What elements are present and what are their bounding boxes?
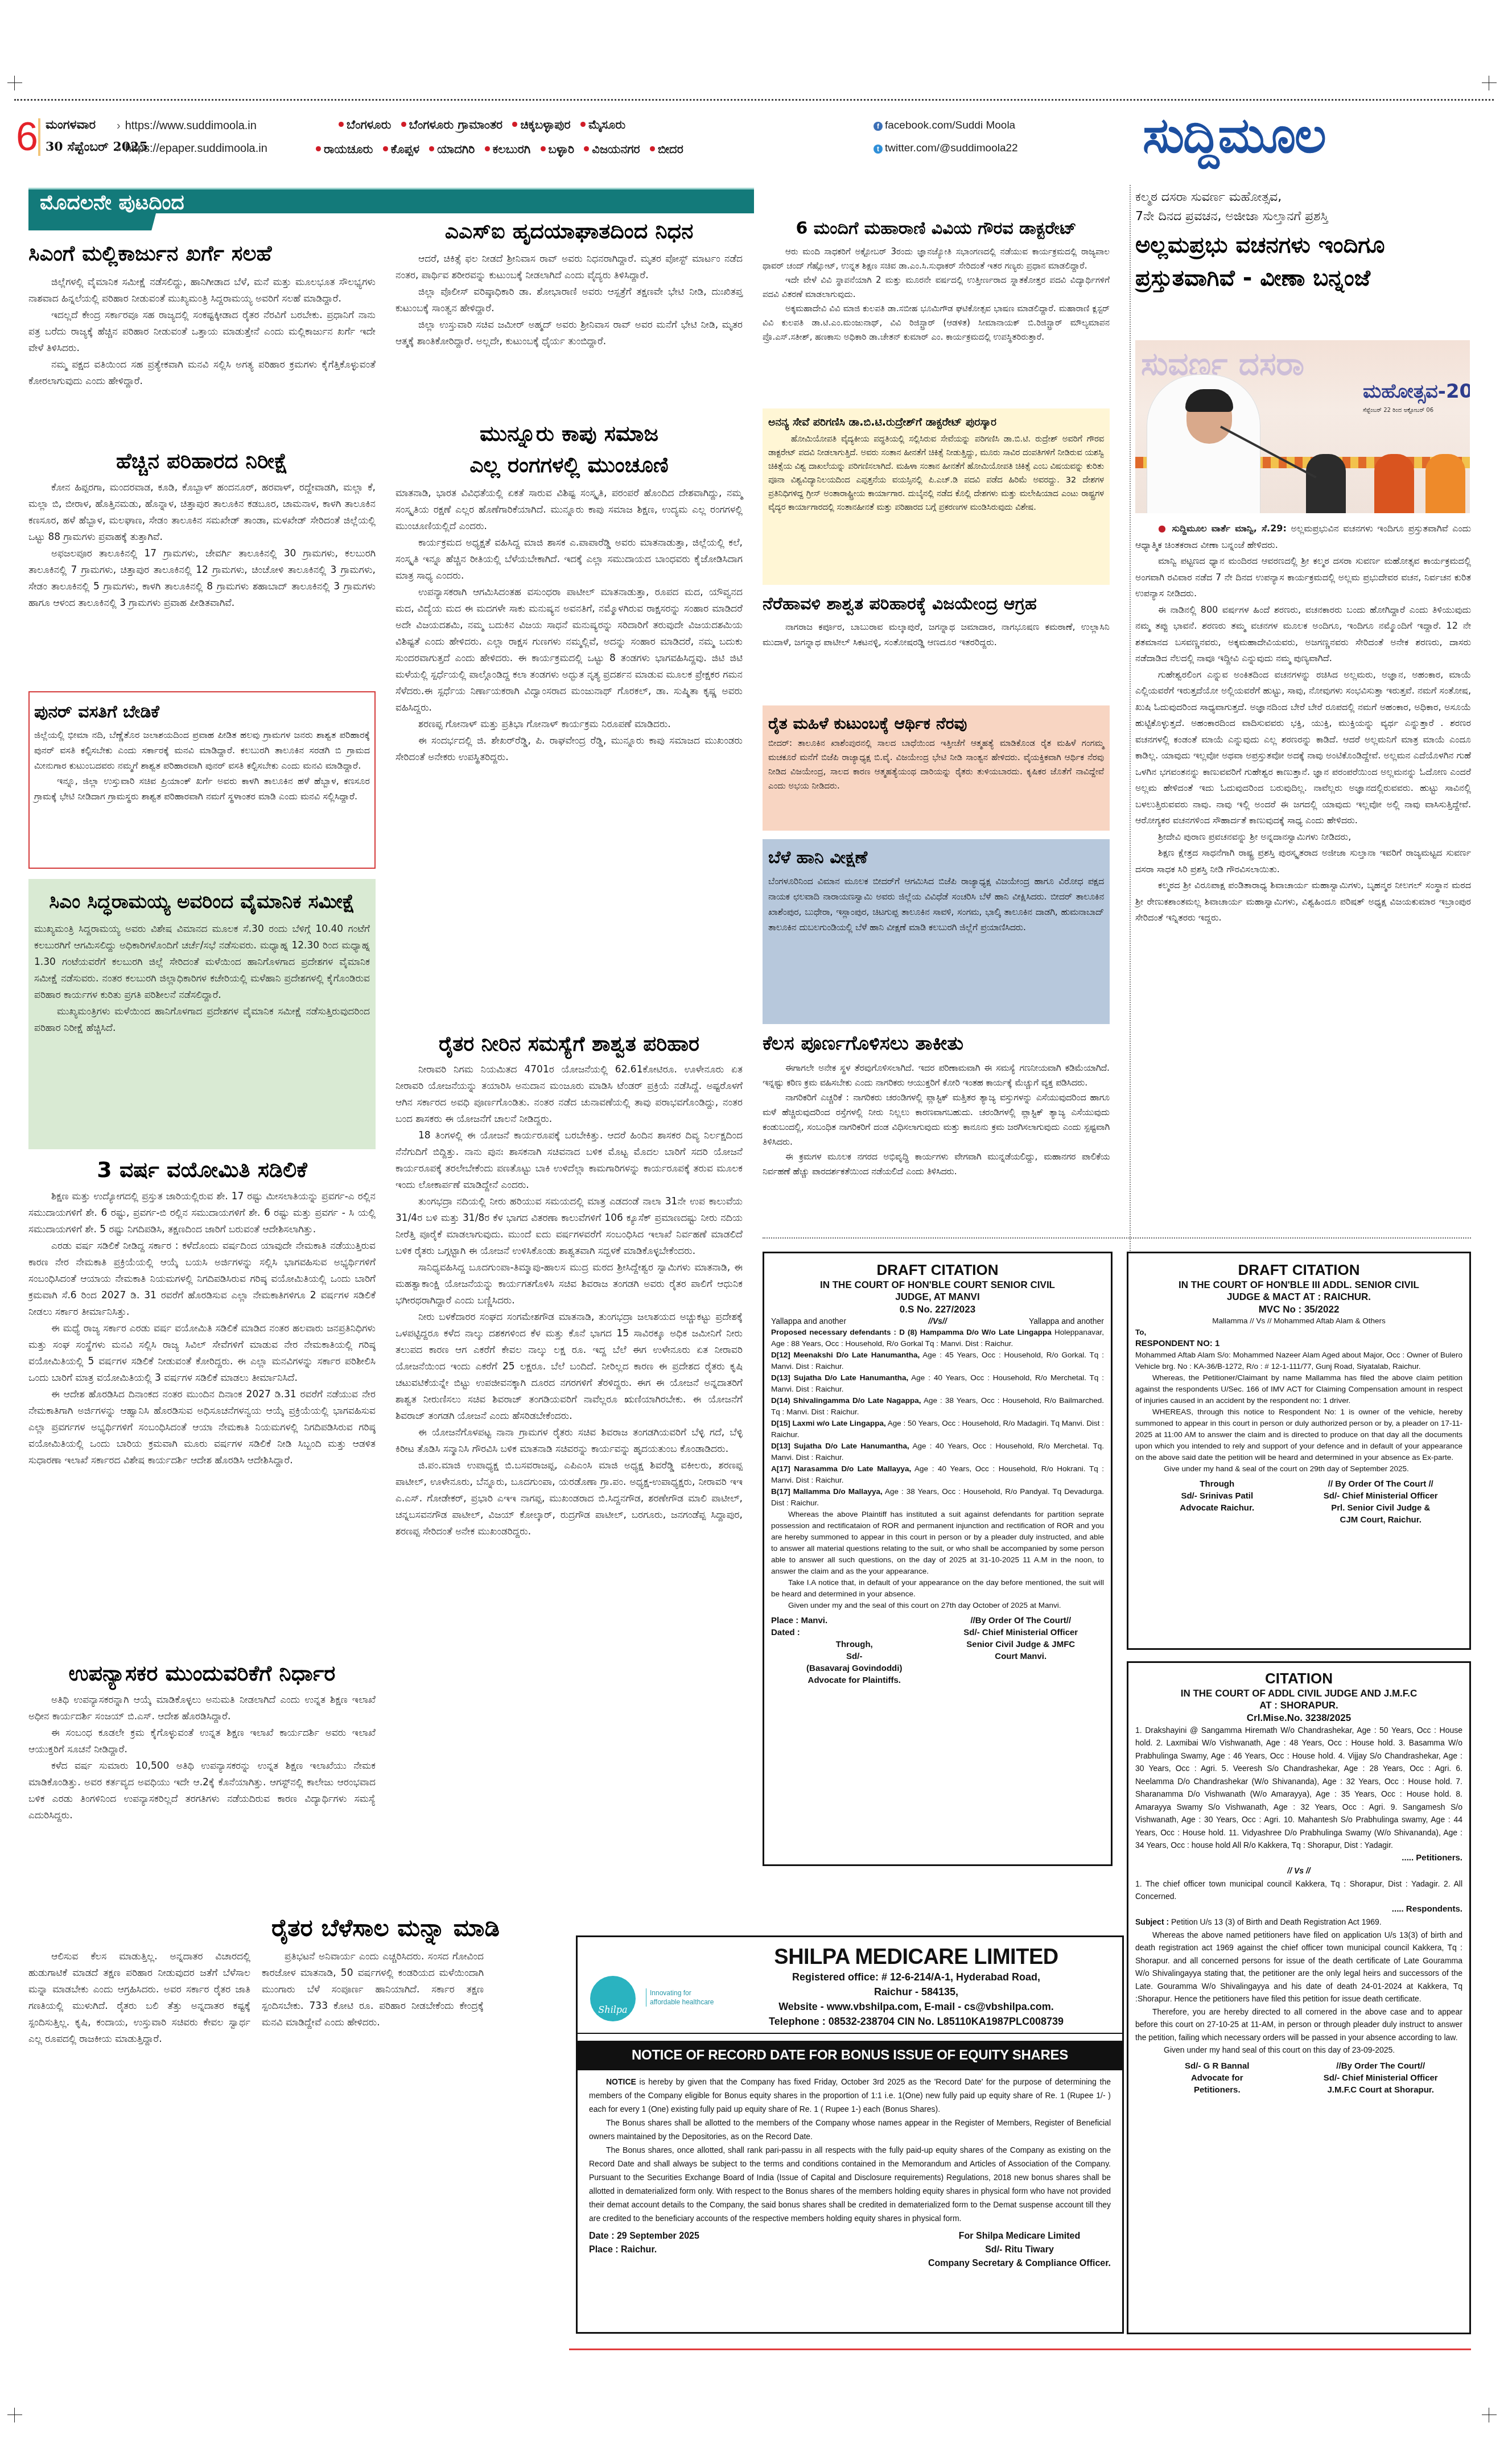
facebook-link[interactable]: ffacebook.com/Suddi Moola bbox=[874, 119, 1015, 132]
paragraph: ಉಪನ್ಯಾಸಕರಾಗಿ ಆಗಮಿಸಿದಂತಹ ವಸುಂಧರಾ ಪಾಟೀಲ್ ಮ… bbox=[395, 584, 743, 716]
court-name: IN THE COURT OF HON'BLE III ADDL. SENIOR… bbox=[1128, 1279, 1469, 1291]
district-kalaburagi[interactable]: ಕಲಬುರಗಿ bbox=[493, 142, 531, 156]
paragraph: ಅತಿಥಿ ಉಪನ್ಯಾಸಕರನ್ನಾಗಿ ಆಯ್ಕೆ ಮಾಡಿಕೊಳ್ಳಲು … bbox=[28, 1692, 376, 1725]
defendant-name: D(14) Shivalingamma D/o Late Nagappa, bbox=[771, 1396, 921, 1405]
paragraph: ಮುಖ್ಯಮಂತ್ರಿಗಳು ಮಳೆಯಿಂದ ಹಾನಿಗೊಳಗಾದ ಪ್ರದೇಶ… bbox=[34, 1004, 370, 1037]
headline: ರೈತರ ನೀರಿನ ಸಮಸ್ಯೆಗೆ ಶಾಶ್ವತ ಪರಿಹಾರ bbox=[395, 1033, 743, 1056]
bottom-red-rule bbox=[569, 2349, 1471, 2350]
article-compensation: ಹೆಚ್ಚಿನ ಪರಿಹಾರದ ನಿರೀಕ್ಷೆ ಕೋನ ಹಿಪ್ಪರಗಾ, ಮ… bbox=[28, 449, 376, 612]
paragraph: ಪ್ರತಿಭಟನೆ ಅನಿವಾರ್ಯ ಎಂದು ಎಚ್ಚರಿಸಿದರು. ಸಂಸ… bbox=[262, 1949, 484, 2031]
paragraph: ಕಲ್ಮಠದ ಶ್ರೀ ವಿರೂಪಾಕ್ಷ ಪಂಡಿತಾರಾಧ್ಯ ಶಿವಾಚಾ… bbox=[1135, 877, 1471, 926]
defendant-name: D[15] Laxmi w/o Late Lingappa, bbox=[771, 1419, 886, 1427]
paragraph: ಜಿ.ಪಂ.ಮಾಜಿ ಉಪಾಧ್ಯಕ್ಷ ಬಿ.ಬಸವರಾಜಪ್ಪ, ಎಪಿಎಂ… bbox=[395, 1458, 743, 1540]
headline: ಬೆಳೆ ಹಾನಿ ವೀಕ್ಷಣೆ bbox=[768, 848, 1104, 868]
crop-mark-top-left bbox=[7, 76, 22, 90]
advocate-role: Advocate for bbox=[1135, 2072, 1299, 2084]
paragraph: ಆದರೆ, ಚಿಕಿತ್ಸೆ ಫಲ ನೀಡದೆ ಶ್ರೀನಿವಾಸ ರಾವ್ ಅ… bbox=[395, 251, 743, 284]
paragraph: ಬೀದರ್: ತಾಲೂಕಿನ ಖಾಶೆಂಪುರನಲ್ಲಿ ಸಾಲದ ಬಾಧೆಯಿ… bbox=[768, 736, 1104, 793]
paragraph: ನಾಗರಿಕರಿಗೆ ಎಚ್ಚರಿಕೆ : ನಾಗರಿಕರು ಚರಂಡಿಗಳಲ್… bbox=[763, 1090, 1110, 1149]
district-raichur[interactable]: ರಾಯಚೂರು bbox=[324, 142, 373, 156]
column-rule bbox=[1130, 185, 1131, 1306]
crop-mark-bottom-left bbox=[7, 2408, 22, 2422]
paragraph: ಈ ಸಂದರ್ಭದಲ್ಲಿ ಜಿ. ಶೇಖರ್‌ರೆಡ್ಡಿ, ಪಿ. ರಾಘವ… bbox=[395, 733, 743, 766]
district-list-row-2: ರಾಯಚೂರು ಕೊಪ್ಪಳ ಯಾದಗಿರಿ ಕಲಬುರಗಿ ಬಳ್ಳಾರಿ ವ… bbox=[310, 142, 683, 156]
speaker-figure bbox=[1147, 374, 1260, 513]
signatory-role: Company Secretary & Compliance Officer. bbox=[928, 2257, 1111, 2271]
photo-festival-text: ಮಹೋತ್ಸವ-20 bbox=[1363, 380, 1470, 403]
article-irrigation: ರೈತರ ನೀರಿನ ಸಮಸ್ಯೆಗೆ ಶಾಶ್ವತ ಪರಿಹಾರ ನೀರಾವರ… bbox=[395, 1033, 743, 1540]
paragraph: ಈ ನಾಡಿನಲ್ಲಿ 800 ವರ್ಷಗಳ ಹಿಂದೆ ಶರಣರು, ವಚನಕ… bbox=[1135, 602, 1471, 667]
headline: ಎಎಸ್‌ಐ ಹೃದಯಾಘಾತದಿಂದ ನಿಧನ bbox=[395, 219, 743, 244]
district-chikkaballapur[interactable]: ಚಿಕ್ಕಬಳ್ಳಾಪುರ bbox=[520, 118, 570, 131]
ad-title: CITATION bbox=[1128, 1670, 1469, 1687]
kicker-line-2: 7ನೇ ದಿನದ ಪ್ರವಚನ, ಅಜೀಜಾ ಸುಲ್ತಾನಗೆ ಪ್ರಶಸ್ತ… bbox=[1135, 207, 1471, 226]
bullet-icon bbox=[316, 146, 321, 151]
article-munnuru-kapu: ಮುನ್ನೂರು ಕಾಪು ಸಮಾಜ ಎಲ್ಲ ರಂಗಗಳಲ್ಲಿ ಮುಂಚೂಣ… bbox=[395, 418, 743, 766]
article-lecturers: ಉಪನ್ಯಾಸಕರ ಮುಂದುವರಿಕೆಗೆ ನಿರ್ಧಾರ ಅತಿಥಿ ಉಪನ… bbox=[28, 1661, 376, 1824]
case-number: Crl.Mise.No. 3238/2025 bbox=[1128, 1712, 1469, 1724]
chevron-right-icon: › bbox=[117, 119, 121, 132]
ad-citation-shorapur: CITATION IN THE COURT OF ADDL CIVIL JUDG… bbox=[1127, 1661, 1471, 2334]
ad-title: DRAFT CITATION bbox=[764, 1261, 1111, 1279]
paragraph: ಸಾನಿಧ್ಯವಹಿಸಿದ್ದ ಬೂದಗುಂಪಾ-ತಿಮ್ಮಾಪು-ಹಾಲಸ ಮ… bbox=[395, 1260, 743, 1309]
paragraph: ತುಂಗಭದ್ರಾ ನದಿಯಲ್ಲಿ ನೀರು ಹರಿಯುವ ಸಮಯದಲ್ಲಿ … bbox=[395, 1194, 743, 1260]
shilpa-logo: Shilpa Innovating foraffordable healthca… bbox=[590, 1953, 658, 2021]
shilpa-logo-mark: Shilpa bbox=[590, 1976, 636, 2021]
article-cm-aerial-survey: ಸಿಎಂ ಸಿದ್ಧರಾಮಯ್ಯ ಅವರಿಂದ ವೈಮಾನಿಕ ಸಮೀಕ್ಷೆ … bbox=[28, 879, 376, 1149]
ad-title: DRAFT CITATION bbox=[1128, 1261, 1469, 1279]
paragraph: 18 ತಿಂಗಳಲ್ಲಿ ಈ ಯೋಜನೆ ಕಾರ್ಯರೂಪಕ್ಕೆ ಬರಬೇಕಿ… bbox=[395, 1128, 743, 1194]
company-address-1: Registered office: # 12-6-214/A-1, Hyder… bbox=[720, 1970, 1113, 1984]
headline: ಪುನರ್ ವಸತಿಗೆ ಬೇಡಿಕೆ bbox=[34, 703, 370, 723]
paragraph: ಶಿಕ್ಷಣ ಕ್ಷೇತ್ರದ ಸಾಧನೆಗಾಗಿ ರಾಷ್ಟ್ರ ಪ್ರಶಸ್… bbox=[1135, 845, 1471, 877]
article-flood-relief: ನೆರೆಹಾವಳಿ ಶಾಶ್ವತ ಪರಿಹಾರಕ್ಕೆ ವಿಜಯೇಂದ್ರ ಆಗ… bbox=[763, 595, 1110, 650]
advocate-name: Sd/- Srinivas Patil bbox=[1135, 1490, 1299, 1502]
website-link[interactable]: ›https://www.suddimoola.in bbox=[117, 119, 257, 133]
section-banner-title: ಮೊದಲನೇ ಪುಟದಿಂದ bbox=[40, 191, 184, 215]
notice-body: The Bonus shares, once allotted, shall r… bbox=[589, 2143, 1111, 2225]
twitter-handle: twitter.com/@suddimoola22 bbox=[885, 142, 1018, 154]
defendant-name: D[13] Sujatha D/o Late Hanumantha, bbox=[771, 1442, 909, 1450]
headline: 3 ವರ್ಷ ವಯೋಮಿತಿ ಸಡಿಲಿಕೆ bbox=[28, 1158, 376, 1183]
bullet-icon bbox=[429, 146, 434, 151]
subject-label: Subject : bbox=[1135, 1917, 1169, 1926]
ad-shilpa-medicare: Shilpa Innovating foraffordable healthca… bbox=[576, 1935, 1124, 2334]
citation-body: Whereas the above named petitioners have… bbox=[1135, 1929, 1462, 2005]
article-rudresh-doctorate: ಅನನ್ಯ ಸೇವೆ ಪರಿಗಣಿಸಿ ಡಾ.ಬಿ.ಟಿ.ರುದ್ರೇಶ್‌ಗೆ… bbox=[763, 408, 1110, 585]
paragraph: ಇದಲ್ಲದೆ ಕೇಂದ್ರ ಸರ್ಕಾರವೂ ಸಹ ರಾಜ್ಯದಲ್ಲಿ ಸಂ… bbox=[28, 307, 376, 357]
citation-body: WHEREAS, through this notice to Responde… bbox=[1135, 1406, 1462, 1463]
district-bengaluru-rural[interactable]: ಬೆಂಗಳೂರು ಗ್ರಾಮಾಂತರ bbox=[409, 118, 502, 131]
article-doctorate: 6 ಮಂದಿಗೆ ಮಹಾರಾಣಿ ವಿವಿಯ ಗೌರವ ಡಾಕ್ಟರೇಟ್ ಆರ… bbox=[763, 219, 1110, 344]
advocate-for: Petitioners. bbox=[1135, 2084, 1299, 2096]
through: Through, bbox=[771, 1638, 938, 1650]
chevron-right-icon: › bbox=[117, 142, 121, 155]
paragraph: ಅಕ್ಕಮಹಾದೇವಿ ವಿವಿ ಮಾಜಿ ಕುಲಪತಿ ಡಾ.ಸಬೀಹ ಭೂಮ… bbox=[763, 302, 1110, 344]
twitter-icon: t bbox=[874, 145, 883, 154]
paragraph: ನಾಗರಾಜ ಕರ್ಪೂರ, ಬಾಬುರಾವ ಮಲ್ಕಾಪುರೆ, ಜಗನ್ನಾ… bbox=[763, 619, 1110, 650]
bullet-icon bbox=[512, 122, 517, 127]
court-name: IN THE COURT OF HON'BLE COURT SENIOR CIV… bbox=[764, 1279, 1111, 1291]
officer: Sd/- Chief Ministerial Officer bbox=[938, 1627, 1105, 1638]
seated-guest bbox=[1425, 454, 1465, 513]
paragraph: ಗುಹೇಶ್ವರಲಿಂಗ ಎನ್ನುವ ಅಂಕಿತದಿಂದ ವಚನಗಳನ್ನು … bbox=[1135, 667, 1471, 829]
bullet-icon bbox=[339, 122, 344, 127]
court-title: Senior Civil Judge & JMFC bbox=[938, 1638, 1105, 1650]
defendant: Yallappa and another bbox=[1029, 1315, 1104, 1327]
paragraph: ಶರಣಪ್ಪ ಗೋನಾಳ್ ಮತ್ತು ಪ್ರತಿಭಾ ಗೋನಾಳ್ ಕಾರ್ಯ… bbox=[395, 716, 743, 733]
officer: Sd/- Chief Ministerial Officer bbox=[1299, 1490, 1463, 1502]
defendant-name: A[17] Narasamma D/o Late Mallayya, bbox=[771, 1464, 911, 1473]
court-order: // By Order Of The Court // bbox=[1299, 1478, 1463, 1490]
district-yadgir[interactable]: ಯಾದಗಿರಿ bbox=[437, 142, 475, 156]
court-place: Court Manvi. bbox=[938, 1650, 1105, 1662]
paragraph: ಜಿಲ್ಲೆಯಲ್ಲಿ ಭೀಮಾ ನದಿ, ಬೆಣ್ಣೆತೊರ ಜಲಾಶಯದಿಂ… bbox=[34, 727, 370, 773]
article-crop-loss-inspection: ಬೆಳೆ ಹಾನಿ ವೀಕ್ಷಣೆ ಬೆಂಗಳೂರಿನಿಂದ ವಿಮಾನ ಮೂಲ… bbox=[763, 839, 1110, 1024]
event-photo: ಸುವರ್ಣ ದಸರಾ ಮಹೋತ್ಸವ-20 ಸೆಪ್ಟೆಂಬರ್ 22 ರಿಂ… bbox=[1135, 340, 1470, 513]
epaper-url: https://epaper.suddimoola.in bbox=[125, 142, 267, 155]
notice-body: The Bonus shares shall be allotted to th… bbox=[589, 2116, 1111, 2143]
district-vijayanagara[interactable]: ವಿಜಯನಗರ bbox=[592, 142, 640, 156]
paragraph: ಜಿಲ್ಲಾ ಉಸ್ತುವಾರಿ ಸಚಿವ ಜಮೀರ್ ಅಹ್ಮದ್ ಅವರು … bbox=[395, 317, 743, 350]
citation-body: Whereas, the Petitioner/Claimant by name… bbox=[1135, 1372, 1462, 1406]
through: Through bbox=[1135, 1478, 1299, 1490]
citation-given: Given under my and the seal of this cour… bbox=[771, 1600, 1104, 1611]
twitter-link[interactable]: ttwitter.com/@suddimoola22 bbox=[874, 142, 1018, 155]
paragraph: ಮುಖ್ಯಮಂತ್ರಿ ಸಿದ್ದರಾಮಯ್ಯ ಅವರು ವಿಶೇಷ ವಿಮಾನ… bbox=[34, 921, 370, 1004]
company-phone-cin: Telephone : 08532-238704 CIN No. L85110K… bbox=[720, 2014, 1113, 2029]
dateline-bullet-icon: ● bbox=[1158, 523, 1172, 534]
citation-body: Whereas the above Plaintiff has institut… bbox=[771, 1509, 1104, 1577]
masthead: 6 ಮಂಗಳವಾರ 30 ಸೆಪ್ಟೆಂಬರ್ 2025 ›https://ww… bbox=[14, 111, 1494, 174]
bullet-icon bbox=[383, 146, 388, 151]
district-koppal[interactable]: ಕೊಪ್ಪಳ bbox=[391, 142, 419, 156]
headline: ಸಿಎಂ ಸಿದ್ಧರಾಮಯ್ಯ ಅವರಿಂದ ವೈಮಾನಿಕ ಸಮೀಕ್ಷೆ bbox=[34, 889, 370, 915]
paragraph: ಜಿಲ್ಲೆಗಳಲ್ಲಿ ವೈಮಾನಿಕ ಸಮೀಕ್ಷೆ ನಡೆಸಲಿದ್ದು,… bbox=[28, 274, 376, 307]
headline: 6 ಮಂದಿಗೆ ಮಹಾರಾಣಿ ವಿವಿಯ ಗೌರವ ಡಾಕ್ಟರೇಟ್ bbox=[763, 219, 1110, 239]
petitioners-list: 1. Drakshayini @ Sangamma Hiremath W/o C… bbox=[1135, 1724, 1462, 1852]
parties: Mallamma // Vs // Mohammed Aftab Alam & … bbox=[1128, 1315, 1469, 1327]
top-dotted-rule bbox=[14, 99, 1494, 101]
citation-given: Given under my hand seal of this court o… bbox=[1135, 2044, 1462, 2057]
respondent-detail: Mohammed Aftab Alam S/o: Mohammed Nazeer… bbox=[1135, 1349, 1462, 1372]
headline: ರೈತ ಮಹಿಳೆ ಕುಟುಂಬಕ್ಕೆ ಆರ್ಥಿಕ ನೆರವು bbox=[768, 715, 1104, 733]
signature: Sd/- bbox=[771, 1650, 938, 1662]
ad-draft-citation-raichur: DRAFT CITATION IN THE COURT OF HON'BLE I… bbox=[1127, 1252, 1471, 1650]
district-list-row-1: ಬೆಂಗಳೂರು ಬೆಂಗಳೂರು ಗ್ರಾಮಾಂತರ ಚಿಕ್ಕಬಳ್ಳಾಪು… bbox=[333, 118, 625, 132]
article-asi-death: ಎಎಸ್‌ಐ ಹೃದಯಾಘಾತದಿಂದ ನಿಧನ ಆದರೆ, ಚಿಕಿತ್ಸೆ … bbox=[395, 219, 743, 350]
court-order: //By Order The Court// bbox=[1299, 2060, 1463, 2072]
paragraph: ಕೋನ ಹಿಪ್ಪರಗಾ, ಮಂದರವಾಡ, ಕೂಡಿ, ಕೊಬ್ಬಾಳ್ ಹಂ… bbox=[28, 480, 376, 546]
article-kharge: ಸಿಎಂಗೆ ಮಲ್ಲಿಕಾರ್ಜುನ ಖರ್ಗೆ ಸಲಹೆ ಜಿಲ್ಲೆಗಳಲ… bbox=[28, 242, 376, 390]
paragraph: ಈಗಾಗಲೇ ಅನೇಕ ಸ್ಥಳ ತೆರವುಗೊಳಿಸಲಾಗಿದೆ. ಇದರ ಪ… bbox=[763, 1060, 1110, 1090]
paragraph: ಆಲಿಸುವ ಕೆಲಸ ಮಾಡುತ್ತಿಲ್ಲ. ಅನ್ನದಾತರ ವಿಚಾರದ… bbox=[28, 1949, 250, 2048]
paragraph: ಹೋಮಿಯೋಪತಿ ವೈದ್ಯಕೀಯ ಪದ್ಧತಿಯಲ್ಲಿ ಸಲ್ಲಿಸಿರು… bbox=[768, 432, 1104, 514]
paragraph: ಈ ಸಂಬಂಧ ಕೂಡಲೇ ಕ್ರಮ ಕೈಗೊಳ್ಳುವಂತೆ ಉನ್ನತ ಶಿ… bbox=[28, 1725, 376, 1758]
district-ballari[interactable]: ಬಳ್ಳಾರಿ bbox=[549, 142, 574, 156]
seated-guest bbox=[1306, 454, 1346, 513]
bullet-icon bbox=[650, 146, 655, 151]
article-rehabilitation: ಪುನರ್ ವಸತಿಗೆ ಬೇಡಿಕೆ ಜಿಲ್ಲೆಯಲ್ಲಿ ಭೀಮಾ ನದಿ… bbox=[28, 691, 376, 869]
newspaper-logo: ಸುದ್ದಿಮೂಲ bbox=[1143, 111, 1325, 160]
dateline: ಸುದ್ದಿಮೂಲ ವಾರ್ತೆ ಮಾನ್ವಿ, ಸೆ.29: bbox=[1172, 523, 1287, 534]
company-contact: Website - www.vbshilpa.com, E-mail - cs@… bbox=[720, 1999, 1113, 2014]
headline-line-1: ಮುನ್ನೂರು ಕಾಪು ಸಮಾಜ bbox=[395, 418, 743, 449]
paragraph: ನೀರು ಬಳಕೆದಾರರ ಸಂಘದ ಸಂಗಮೇಶಗೌಡ ಮಾತನಾಡಿ, ತು… bbox=[395, 1309, 743, 1425]
notice-title-bar: NOTICE OF RECORD DATE FOR BONUS ISSUE OF… bbox=[578, 2041, 1122, 2070]
addressee-label: To, bbox=[1135, 1328, 1146, 1336]
respondent-label: RESPONDENT NO: 1 bbox=[1135, 1339, 1219, 1348]
kicker-line-1: ಕಲ್ಮಠ ದಸರಾ ಸುವರ್ಣ ಮಹೋತ್ಸವ, bbox=[1135, 188, 1471, 207]
bullet-icon bbox=[541, 146, 546, 151]
district-bidar[interactable]: ಬೀದರ bbox=[658, 142, 683, 156]
paragraph: ಬೆಂಗಳೂರಿನಿಂದ ವಿಮಾನ ಮೂಲಕ ಬೀದರ್‌ಗೆ ಆಗಮಿಸಿದ… bbox=[768, 874, 1104, 935]
headline: ಸಿಎಂಗೆ ಮಲ್ಲಿಕಾರ್ಜುನ ಖರ್ಗೆ ಸಲಹೆ bbox=[28, 242, 376, 266]
paragraph: ನಮ್ಮ ಪಕ್ಷದ ವತಿಯಿಂದ ಸಹ ಪ್ರತ್ಯೇಕವಾಗಿ ಮನವಿ … bbox=[28, 357, 376, 390]
paragraph: ಈ ಕ್ರಮಗಳ ಮೂಲಕ ನಗರದ ಅಭಿವೃದ್ಧಿ ಕಾರ್ಯಗಳು ವೇ… bbox=[763, 1149, 1110, 1179]
page-number: 6 bbox=[16, 117, 38, 156]
ads-divider bbox=[763, 1237, 1471, 1240]
ad-draft-citation-manvi: DRAFT CITATION IN THE COURT OF HON'BLE C… bbox=[763, 1252, 1113, 1866]
defendant-name: Proposed necessary defendants : D (8) Ha… bbox=[771, 1328, 1052, 1336]
headline: ಹೆಚ್ಚಿನ ಪರಿಹಾರದ ನಿರೀಕ್ಷೆ bbox=[28, 449, 376, 474]
notice-place: Place : Raichur. bbox=[589, 2243, 699, 2257]
crop-mark-top-right bbox=[1482, 76, 1497, 90]
article-allama-body: ● ಸುದ್ದಿಮೂಲ ವಾರ್ತೆ ಮಾನ್ವಿ, ಸೆ.29: ಅಲ್ಲಮಪ… bbox=[1135, 521, 1471, 926]
headline: ಅಲ್ಲಮಪ್ರಭು ವಚನಗಳು ಇಂದಿಗೂ ಪ್ರಸ್ತುತವಾಗಿವೆ … bbox=[1135, 229, 1471, 295]
website-url: https://www.suddimoola.in bbox=[125, 119, 257, 132]
shilpa-tagline: Innovating foraffordable healthcare bbox=[646, 1988, 714, 2007]
advocate-name: Sd/- G R Bannal bbox=[1135, 2060, 1299, 2072]
court-location: JUDGE & MACT AT : RAICHUR. bbox=[1128, 1291, 1469, 1303]
speaker-hair bbox=[1185, 389, 1233, 412]
facebook-handle: facebook.com/Suddi Moola bbox=[885, 119, 1015, 131]
notice-body: is hereby by given that the Company has … bbox=[589, 2077, 1111, 2114]
paragraph: ಆರು ಮಂದಿ ಸಾಧಕರಿಗೆ ಅಕ್ಟೋಬರ್ 3ರಂದು ಜ್ಞಾನಜ್… bbox=[763, 245, 1110, 273]
paragraph: ಕಳೆದ ವರ್ಷ ಸುಮಾರು 10,500 ಅತಿಥಿ ಉಪನ್ಯಾಸಕರನ… bbox=[28, 1758, 376, 1824]
paragraph: ಶಿಕ್ಷಣ ಮತ್ತು ಉದ್ಯೋಗದಲ್ಲಿ ಪ್ರಸ್ತುತ ಜಾರಿಯಲ… bbox=[28, 1188, 376, 1238]
court-location: JUDGE, AT MANVI bbox=[764, 1291, 1111, 1303]
bullet-icon bbox=[485, 146, 490, 151]
paragraph: ಈ ಯೋಜನೆಗೊಳಪಟ್ಟ ನಾನಾ ಗ್ರಾಮಗಳ ರೈತರು ಸಚಿವ ಶ… bbox=[395, 1425, 743, 1458]
defendant-name: B(17] Mallamma D/o Mallayya, bbox=[771, 1487, 883, 1496]
company-name: SHILPA MEDICARE LIMITED bbox=[720, 1945, 1113, 1970]
court-order: //By Order Of The Court// bbox=[938, 1615, 1105, 1627]
facebook-icon: f bbox=[874, 122, 883, 131]
signatory-name: Sd/- Ritu Tiwary bbox=[928, 2243, 1111, 2257]
weekday: ಮಂಗಳವಾರ bbox=[46, 118, 96, 132]
defendant-name: D[12] Meenakshi D/o Late Hanumantha, bbox=[771, 1351, 920, 1359]
citation-notice: Take I.A notice that, in default of your… bbox=[771, 1577, 1104, 1600]
headline: ಅನನ್ಯ ಸೇವೆ ಪರಿಗಣಿಸಿ ಡಾ.ಬಿ.ಟಿ.ರುದ್ರೇಶ್‌ಗೆ… bbox=[768, 416, 1104, 429]
bullet-icon bbox=[580, 122, 586, 127]
district-mysuru[interactable]: ಮೈಸೂರು bbox=[588, 118, 625, 131]
paragraph: ಎರಡು ವರ್ಷ ಸಡಿಲಿಕೆ ನೀಡಿದ್ದ ಸರ್ಕಾರ : ಕಳೆದೊ… bbox=[28, 1238, 376, 1320]
defendant-name: D(13] Sujatha D/o Late Hanumantha, bbox=[771, 1373, 908, 1382]
advocate-name: (Basavaraj Govindoddi) bbox=[771, 1662, 938, 1674]
paragraph: ಅಫಜಲಪೂರ ತಾಲೂಕಿನಲ್ಲಿ 17 ಗ್ರಾಮಗಳು, ಜೇವರ್ಗಿ… bbox=[28, 546, 376, 612]
advocate-role: Advocate Raichur. bbox=[1135, 1502, 1299, 1514]
court-location: AT : SHORAPUR. bbox=[1128, 1699, 1469, 1711]
headline: ಉಪನ್ಯಾಸಕರ ಮುಂದುವರಿಕೆಗೆ ನಿರ್ಧಾರ bbox=[28, 1661, 376, 1686]
article-age-relaxation: 3 ವರ್ಷ ವಯೋಮಿತಿ ಸಡಿಲಿಕೆ ಶಿಕ್ಷಣ ಮತ್ತು ಉದ್ಯ… bbox=[28, 1158, 376, 1469]
paragraph: ಜಿಲ್ಲಾ ಪೊಲೀಸ್ ವರಿಷ್ಠಾಧಿಕಾರಿ ಡಾ. ಶೋಭಾರಾಣಿ… bbox=[395, 284, 743, 317]
respondents-list: 1. The chief officer town municipal coun… bbox=[1135, 1877, 1462, 1903]
subject: Petition U/s 13 (3) of Birth and Death R… bbox=[1171, 1917, 1382, 1926]
case-number: MVC No : 35/2022 bbox=[1128, 1303, 1469, 1315]
plaintiff: Yallappa and another bbox=[771, 1315, 846, 1327]
page-number-divider bbox=[38, 118, 40, 156]
headline-line-2: ಎಲ್ಲ ರಂಗಗಳಲ್ಲಿ ಮುಂಚೂಣಿ bbox=[395, 449, 743, 481]
headline: ನೆರೆಹಾವಳಿ ಶಾಶ್ವತ ಪರಿಹಾರಕ್ಕೆ ವಿಜಯೇಂದ್ರ ಆಗ… bbox=[763, 595, 1110, 614]
paragraph: ಮಾತನಾಡಿ, ಭಾರತ ವಿವಿಧತೆಯಲ್ಲಿ ಏಕತೆ ಸಾರುವ ವಿ… bbox=[395, 485, 743, 535]
headline: ಕೆಲಸ ಪೂರ್ಣಗೊಳಿಸಲು ತಾಕೀತು bbox=[763, 1033, 1110, 1055]
crop-mark-bottom-right bbox=[1482, 2408, 1497, 2422]
bullet-icon bbox=[584, 146, 589, 151]
signatory-company: For Shilpa Medicare Limited bbox=[928, 2230, 1111, 2243]
notice-date: Date : 29 September 2025 bbox=[589, 2230, 699, 2243]
officer: Sd/- Chief Ministerial Officer bbox=[1299, 2072, 1463, 2084]
district-bengaluru[interactable]: ಬೆಂಗಳೂರು bbox=[347, 118, 391, 131]
dated: Dated : bbox=[771, 1627, 938, 1638]
paragraph: ಇನ್ನೂ, ಜಿಲ್ಲಾ ಉಸ್ತುವಾರಿ ಸಚಿವ ಪ್ರಿಯಾಂಕ್ ಖ… bbox=[34, 773, 370, 804]
bullet-icon bbox=[401, 122, 406, 127]
versus: //Vs// bbox=[928, 1316, 947, 1326]
epaper-link[interactable]: ›https://epaper.suddimoola.in bbox=[117, 142, 267, 155]
paragraph: ನೀರಾವರಿ ನಿಗಮ ನಿಯಮಿತದ 4701ರ ಯೋಜನೆಯಲ್ಲಿ 62… bbox=[395, 1062, 743, 1128]
company-address-2: Raichur - 584135, bbox=[720, 1984, 1113, 1999]
paragraph: ಇದೇ ವೇಳೆ ವಿವಿ ಸ್ಥಾಪನೆಯಾಗಿ 2 ಮತ್ತು ಮೂರನೇ … bbox=[763, 273, 1110, 302]
paragraph: ಈ ಆದೇಶ ಹೊರಡಿಸಿದ ದಿನಾಂಕದ ನಂತರ ಮುಂದಿನ ದಿನಾ… bbox=[28, 1386, 376, 1469]
case-number: 0.S No. 227/2023 bbox=[764, 1303, 1111, 1315]
tagline-line-1: Innovating for bbox=[650, 1989, 691, 1997]
citation-given: Give under my hand & seal of the court o… bbox=[1135, 1463, 1462, 1475]
paragraph: ಮಾನ್ವಿ ಪಟ್ಟಣದ ಧ್ಯಾನ ಮಂದಿರದ ಆವರಣದಲ್ಲಿ ಶ್ರ… bbox=[1135, 553, 1471, 602]
place: Place : Manvi. bbox=[771, 1615, 938, 1627]
petitioners-label: ..... Petitioners. bbox=[1135, 1852, 1462, 1865]
paragraph: ಈ ಮಧ್ಯೆ ರಾಜ್ಯ ಸರ್ಕಾರ ಎರಡು ವರ್ಷ ವಯೋಮಿತಿ ಸ… bbox=[28, 1320, 376, 1386]
respondents-label: ..... Respondents. bbox=[1135, 1903, 1462, 1916]
court-name: IN THE COURT OF ADDL CIVIL JUDGE AND J.M… bbox=[1128, 1687, 1469, 1699]
paragraph: ಶ್ರೀದೇವಿ ಪುರಾಣ ಪ್ರವಚನವನ್ನು ಶ್ರೀ ಅನ್ನದಾನಸ… bbox=[1135, 829, 1471, 845]
court-title: Prl. Senior Civil Judge & bbox=[1299, 1502, 1463, 1514]
seated-guest bbox=[1374, 454, 1414, 513]
advocate-role: Advocate for Plaintiffs. bbox=[771, 1674, 938, 1686]
court-place: CJM Court, Raichur. bbox=[1299, 1514, 1463, 1526]
versus: // Vs // bbox=[1135, 1864, 1462, 1877]
notice-lead: NOTICE bbox=[606, 2077, 636, 2086]
photo-date-text: ಸೆಪ್ಟೆಂಬರ್ 22 ರಿಂದ ಅಕ್ಟೋಬರ್ 06 bbox=[1363, 407, 1433, 414]
article-allama-prabhu: ಕಲ್ಮಠ ದಸರಾ ಸುವರ್ಣ ಮಹೋತ್ಸವ, 7ನೇ ದಿನದ ಪ್ರವ… bbox=[1135, 188, 1471, 295]
tagline-line-2: affordable healthcare bbox=[650, 1998, 714, 2006]
paragraph: ಕಾರ್ಯಕ್ರಮದ ಅಧ್ಯಕ್ಷತೆ ವಹಿಸಿದ್ದ ಮಾಜಿ ಶಾಸಕ … bbox=[395, 535, 743, 584]
court-place: J.M.F.C Court at Shorapur. bbox=[1299, 2084, 1463, 2096]
citation-body: Therefore, you are hereby directed to al… bbox=[1135, 2005, 1462, 2044]
article-work-completion: ಕೆಲಸ ಪೂರ್ಣಗೊಳಿಸಲು ತಾಕೀತು ಈಗಾಗಲೇ ಅನೇಕ ಸ್ಥ… bbox=[763, 1033, 1110, 1179]
article-farmer-woman-aid: ರೈತ ಮಹಿಳೆ ಕುಟುಂಬಕ್ಕೆ ಆರ್ಥಿಕ ನೆರವು ಬೀದರ್:… bbox=[763, 705, 1110, 831]
